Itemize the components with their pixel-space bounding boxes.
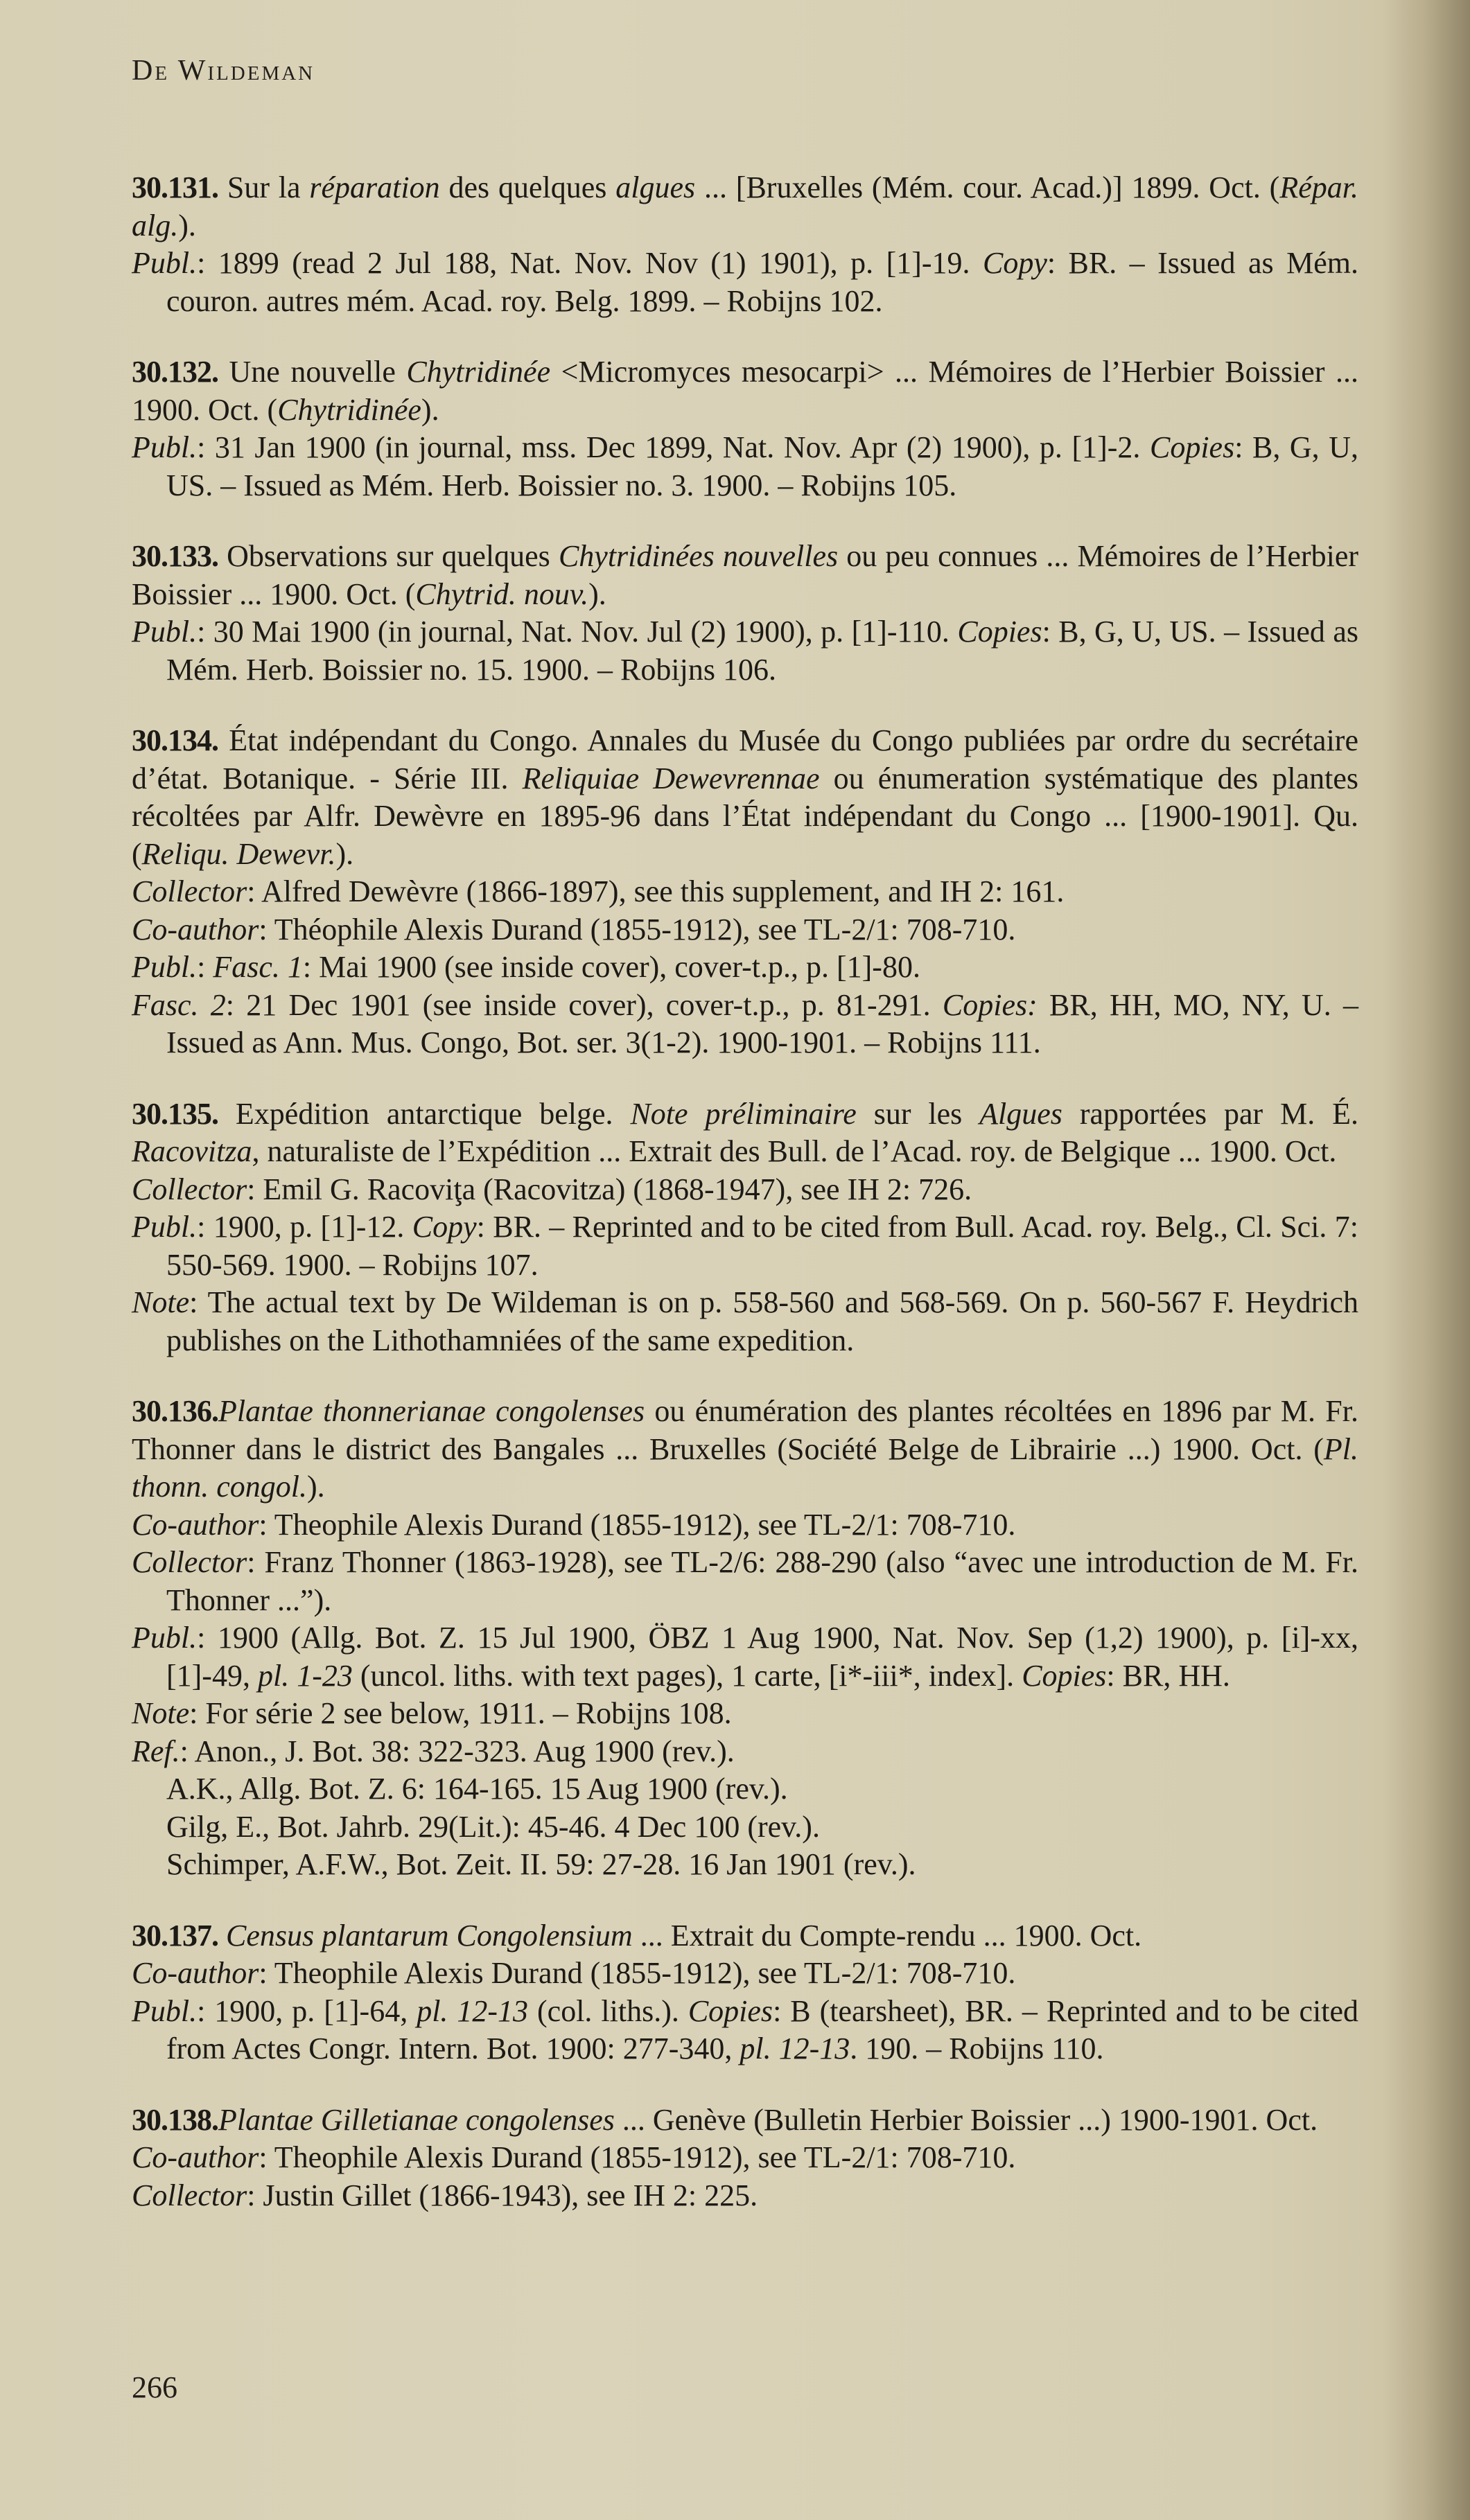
entry-title: 30.136.Plantae thonnerianae congolenses … <box>132 1393 1358 1506</box>
entry-title-text: Expédition antarctique belge. Note préli… <box>132 1097 1358 1169</box>
entry-details: Collector: Emil G. Racoviţa (Racovitza) … <box>132 1171 1358 1360</box>
entry-number: 30.137. <box>132 1919 218 1953</box>
entry-details: Publ.: 1899 (read 2 Jul 188, Nat. Nov. N… <box>132 245 1358 320</box>
entry-title: 30.138.Plantae Gilletianae congolenses .… <box>132 2102 1358 2140</box>
page-number: 266 <box>132 2370 177 2405</box>
entry-30-135: 30.135. Expédition antarctique belge. No… <box>132 1095 1358 1360</box>
entry-title-text: Sur la réparation des quelques algues ..… <box>132 170 1358 243</box>
entry-30-133: 30.133. Observations sur quelques Chytri… <box>132 538 1358 689</box>
entry-number: 30.134. <box>132 723 218 757</box>
entry-detail-line: Collector: Alfred Dewèvre (1866-1897), s… <box>132 873 1358 911</box>
running-head: De Wildeman <box>132 54 315 87</box>
entry-title-text: Census plantarum Congolensium ... Extrai… <box>218 1919 1141 1953</box>
entry-number: 30.138. <box>132 2103 218 2137</box>
entry-detail-line: Co-author: Theophile Alexis Durand (1855… <box>132 1506 1358 1544</box>
entry-30-137: 30.137. Census plantarum Congolensium ..… <box>132 1917 1358 2068</box>
entry-detail-line: Publ.: 1900, p. [1]-12. Copy: BR. – Repr… <box>132 1208 1358 1284</box>
entry-details: Co-author: Theophile Alexis Durand (1855… <box>132 1506 1358 1771</box>
entry-title-text: Plantae Gilletianae congolenses ... Genè… <box>218 2103 1318 2137</box>
entry-title: 30.133. Observations sur quelques Chytri… <box>132 538 1358 613</box>
bibliography-entries: 30.131. Sur la réparation des quelques a… <box>132 169 1358 2248</box>
entry-title: 30.131. Sur la réparation des quelques a… <box>132 169 1358 245</box>
entry-title: 30.135. Expédition antarctique belge. No… <box>132 1095 1358 1171</box>
entry-detail-line: Co-author: Theophile Alexis Durand (1855… <box>132 2139 1358 2177</box>
entry-detail-line: Publ.: 30 Mai 1900 (in journal, Nat. Nov… <box>132 613 1358 689</box>
entry-detail-line: Note: For série 2 see below, 1911. – Rob… <box>132 1695 1358 1733</box>
entry-detail-line: Collector: Franz Thonner (1863-1928), se… <box>132 1544 1358 1619</box>
entry-title-text: Plantae thonnerianae congolenses ou énum… <box>132 1394 1358 1504</box>
entry-number: 30.136. <box>132 1394 218 1428</box>
entry-number: 30.131. <box>132 170 218 204</box>
entry-detail-line: Publ.: 1900 (Allg. Bot. Z. 15 Jul 1900, … <box>132 1619 1358 1695</box>
entry-number: 30.135. <box>132 1097 218 1131</box>
entry-detail-line: Publ.: 31 Jan 1900 (in journal, mss. Dec… <box>132 429 1358 504</box>
entry-30-131: 30.131. Sur la réparation des quelques a… <box>132 169 1358 320</box>
entry-title: 30.137. Census plantarum Congolensium ..… <box>132 1917 1358 1955</box>
review-reference: Schimper, A.F.W., Bot. Zeit. II. 59: 27-… <box>132 1846 1358 1884</box>
review-reference: A.K., Allg. Bot. Z. 6: 164-165. 15 Aug 1… <box>132 1770 1358 1808</box>
entry-title-text: Une nouvelle Chytridinée <Micromyces mes… <box>132 355 1358 427</box>
entry-30-132: 30.132. Une nouvelle Chytridinée <Microm… <box>132 353 1358 504</box>
entry-detail-line: Co-author: Theophile Alexis Durand (1855… <box>132 1955 1358 1993</box>
entry-details: Co-author: Theophile Alexis Durand (1855… <box>132 1955 1358 2068</box>
entry-detail-line: Note: The actual text by De Wildeman is … <box>132 1284 1358 1359</box>
entry-30-138: 30.138.Plantae Gilletianae congolenses .… <box>132 2102 1358 2215</box>
entry-details: Publ.: 31 Jan 1900 (in journal, mss. Dec… <box>132 429 1358 504</box>
entry-30-134: 30.134. État indépendant du Congo. Annal… <box>132 722 1358 1062</box>
entry-detail-line: Publ.: 1900, p. [1]-64, pl. 12-13 (col. … <box>132 1993 1358 2068</box>
review-reference: Gilg, E., Bot. Jahrb. 29(Lit.): 45-46. 4… <box>132 1808 1358 1847</box>
entry-detail-line: Publ.: 1899 (read 2 Jul 188, Nat. Nov. N… <box>132 245 1358 320</box>
entry-number: 30.133. <box>132 539 218 573</box>
entry-title: 30.132. Une nouvelle Chytridinée <Microm… <box>132 353 1358 429</box>
entry-number: 30.132. <box>132 355 218 389</box>
entry-details: Co-author: Theophile Alexis Durand (1855… <box>132 2139 1358 2214</box>
entry-details: Publ.: 30 Mai 1900 (in journal, Nat. Nov… <box>132 613 1358 689</box>
entry-details: Collector: Alfred Dewèvre (1866-1897), s… <box>132 873 1358 1062</box>
entry-detail-line: Collector: Emil G. Racoviţa (Racovitza) … <box>132 1171 1358 1209</box>
entry-title: 30.134. État indépendant du Congo. Annal… <box>132 722 1358 873</box>
entry-review-references: A.K., Allg. Bot. Z. 6: 164-165. 15 Aug 1… <box>132 1770 1358 1884</box>
entry-detail-line: Ref.: Anon., J. Bot. 38: 322-323. Aug 19… <box>132 1733 1358 1771</box>
entry-detail-line: Collector: Justin Gillet (1866-1943), se… <box>132 2177 1358 2215</box>
entry-title-text: Observations sur quelques Chytridinées n… <box>132 539 1358 611</box>
entry-title-text: État indépendant du Congo. Annales du Mu… <box>132 723 1358 871</box>
entry-detail-line: Co-author: Théophile Alexis Durand (1855… <box>132 911 1358 949</box>
entry-30-136: 30.136.Plantae thonnerianae congolenses … <box>132 1393 1358 1884</box>
entry-detail-line: Publ.: Fasc. 1: Mai 1900 (see inside cov… <box>132 949 1358 987</box>
entry-detail-line: Fasc. 2: 21 Dec 1901 (see inside cover),… <box>132 987 1358 1062</box>
